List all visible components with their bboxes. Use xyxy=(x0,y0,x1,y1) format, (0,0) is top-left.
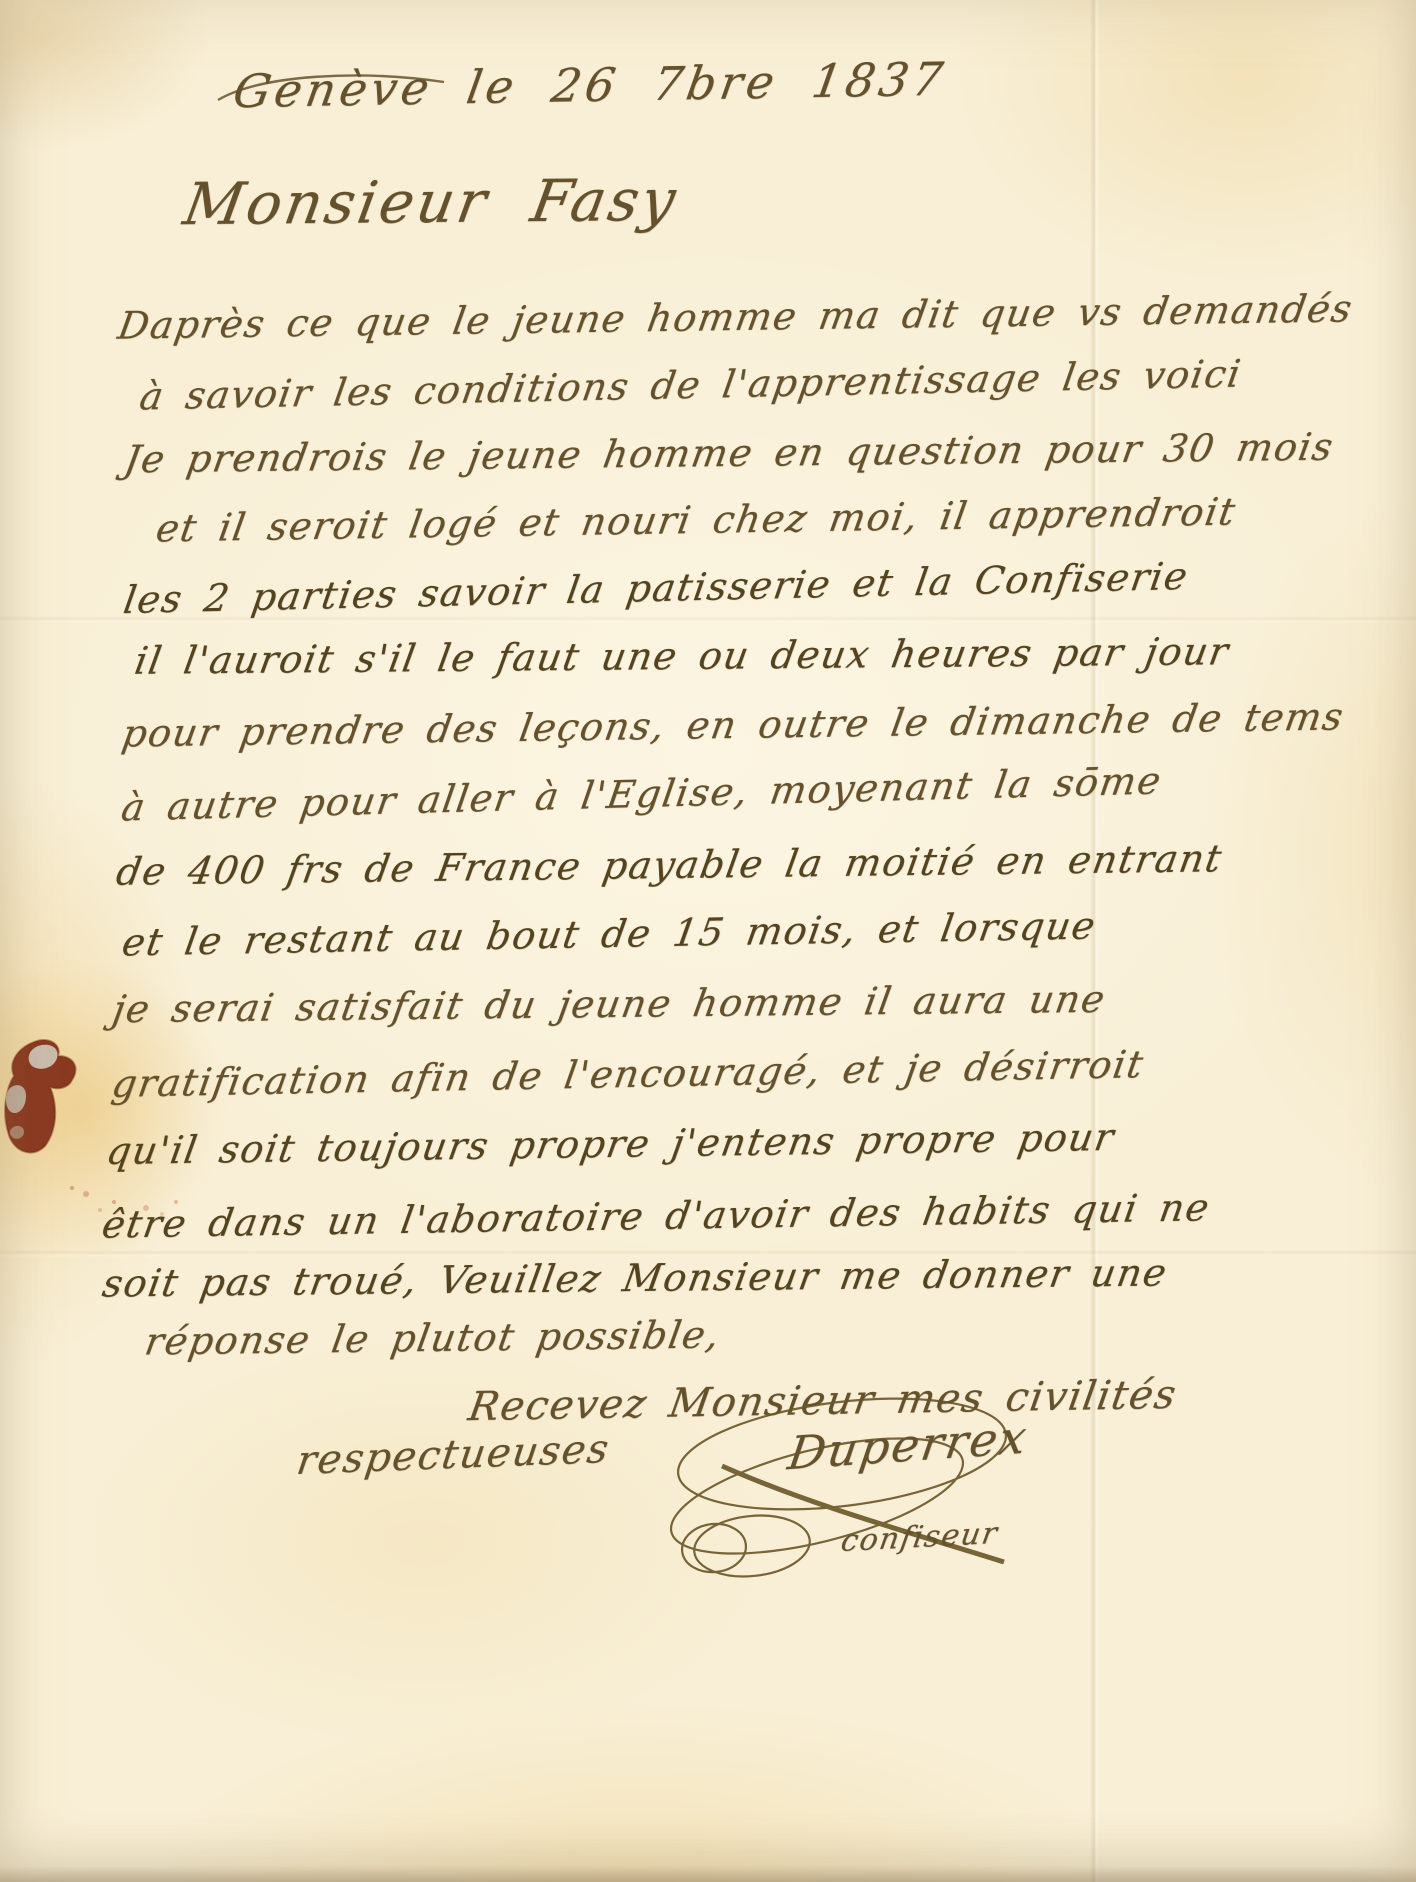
body-line: à autre pour aller à l'Eglise, moyenant … xyxy=(118,758,1164,829)
body-line: réponse le plutot possible, xyxy=(142,1312,724,1363)
body-line: gratification afin de l'encouragé, et je… xyxy=(109,1042,1147,1106)
closing-word: respectueuses xyxy=(294,1426,613,1484)
salutation: Monsieur Fasy xyxy=(179,166,683,238)
body-line: je serai satisfait du jeune homme il aur… xyxy=(109,977,1109,1031)
body-line: être dans un l'aboratoire d'avoir des ha… xyxy=(99,1185,1213,1246)
body-line: soit pas troué, Veuillez Monsieur me don… xyxy=(99,1250,1171,1305)
body-line: qu'il soit toujours propre j'entens prop… xyxy=(103,1115,1118,1173)
body-line: et le restant au bout de 15 mois, et lor… xyxy=(119,904,1099,965)
body-line: pour prendre des leçons, en outre le dim… xyxy=(119,694,1348,755)
letter-scan: Genève le 26 7bre 1837 Monsieur Fasy Dap… xyxy=(0,0,1416,1882)
signature-title: confiseur xyxy=(838,1516,1000,1559)
body-line: à savoir les conditions de l'apprentissa… xyxy=(137,352,1245,419)
body-line: de 400 frs de France payable la moitié e… xyxy=(113,836,1226,893)
wax-seal xyxy=(0,1036,84,1166)
closing-line: Recevez Monsieur mes civilités xyxy=(465,1372,1180,1430)
body-line: il l'auroit s'il le faut une ou deux heu… xyxy=(131,629,1232,683)
body-line: Je prendrois le jeune homme en question … xyxy=(121,425,1337,482)
dateline: Genève le 26 7bre 1837 xyxy=(230,52,951,118)
body-line: Daprès ce que le jeune homme ma dit que … xyxy=(115,286,1356,347)
wax-speckles xyxy=(70,1186,74,1190)
scan-bottom-shadow xyxy=(0,1866,1416,1882)
body-line: et il seroit logé et nouri chez moi, il … xyxy=(153,490,1239,551)
body-line: les 2 parties savoir la patisserie et la… xyxy=(121,554,1192,622)
